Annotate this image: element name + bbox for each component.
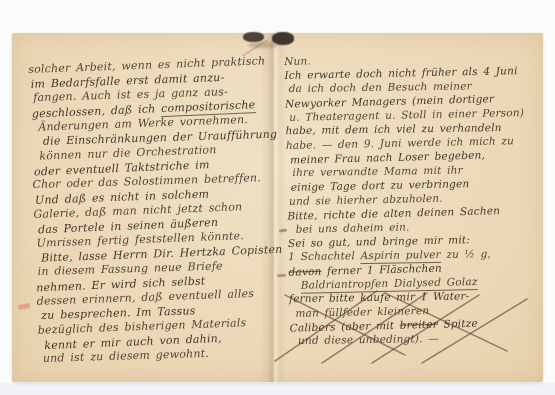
handwriting-segment: und diese unbedingt). — — [298, 333, 439, 347]
handwriting-segment: Spitze — [438, 318, 478, 331]
letter-page-left: solcher Arbeit, wenn es nicht praktischi… — [28, 54, 281, 367]
handwriting-segment: davon — [288, 266, 321, 279]
handwriting-segment: Nun. — [284, 55, 311, 68]
letter-photograph: solcher Arbeit, wenn es nicht praktischi… — [0, 0, 555, 395]
handwriting-segment: breiter — [400, 319, 438, 332]
letter-page-right: Nun.Ich erwarte doch nicht früher als 4 … — [284, 50, 546, 349]
handwriting-segment: zu ½ g, — [441, 248, 491, 261]
handwriting-segment: bei uns daheim ein. — [296, 221, 410, 235]
handwriting-line: und diese unbedingt). — — [298, 330, 546, 348]
pink-collector-mark — [18, 303, 31, 310]
photo-backdrop-strip — [0, 383, 555, 395]
handwriting-segment: 1 Schachtel — [288, 250, 360, 263]
letter-paper: solcher Arbeit, wenn es nicht praktischi… — [12, 33, 543, 382]
ink-stain-left — [243, 32, 264, 42]
